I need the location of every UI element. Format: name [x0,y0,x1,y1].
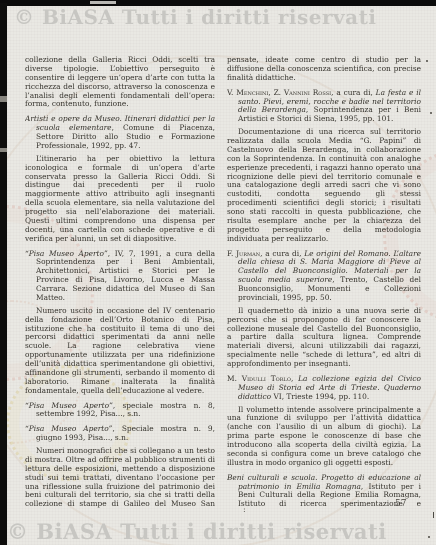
scanned-document-page: © BiASA Tutti i diritti riservati © BiAS… [0,0,436,545]
paragraph: L’itinerario ha per obiettivo la lettura… [25,155,215,244]
scan-edge-notch [0,96,7,102]
citation-authors: M. Vidulli Torlo [227,374,291,383]
citation: “Pisa Museo Aperto”, IV, 7, 1991, a cura… [25,250,215,303]
citation-connector: , a cura di, [331,88,376,97]
left-column: collezione della Galleria Ricci Oddi, sc… [25,56,215,508]
citation-title: “Pisa Museo Aperto” [25,249,108,258]
citation: V. Menchini, Z. Vannini Rossi, a cura di… [227,89,421,125]
paragraph: Il volumetto intende assolvere principal… [227,406,421,468]
citation-authors: F. Jurman [227,249,260,258]
scan-edge-top [0,0,436,6]
citation: “Pisa Museo Aperto”, speciale mostra n. … [25,402,215,420]
citation: Artisti e opere da Museo. Itinerari dida… [25,115,215,151]
copyright-watermark-top: © BiASA Tutti i diritti riservati [14,5,376,29]
scan-speckle [428,536,430,538]
scan-edge-notch [0,148,7,152]
scan-remnant [90,1,116,4]
citation: Beni culturali e scuola. Progetto di edu… [227,474,421,508]
citation-connector: , a cura di, [260,249,304,258]
paragraph: Numero uscito in occasione del IV centen… [25,307,215,396]
paragraph: pensate, ideate come centro di studio pe… [227,56,421,83]
copyright-watermark-bottom: © BiASA Tutti i diritti riservati [7,519,387,544]
citation-title: “Pisa Museo Aperto” [25,424,112,433]
scan-speckle: : [243,505,246,514]
citation: “Pisa Museo Aperto”, Speciale mostra n. … [25,425,215,443]
paragraph: Numeri monografici che si collegano a un… [25,447,215,508]
citation: F. Jurman, a cura di, Le origini del Rom… [227,250,421,303]
scan-edge-left [0,3,7,545]
citation-authors: V. Menchini, Z. Vannini Rossi [227,88,331,97]
citation: M. Vidulli Torlo, La collezione egizia d… [227,375,421,402]
citation-detail: , IV, 7, 1991, a cura della Soprintenden… [36,249,215,302]
scan-speckle [426,60,428,62]
right-column: pensate, ideate come centro di studio pe… [227,56,421,508]
paragraph: Documentazione di una ricerca sul territ… [227,128,421,243]
citation-title: “Pisa Museo Aperto” [25,401,113,410]
citation-detail: VI, Trieste 1994, pp. 110. [271,392,369,401]
paragraph: collezione della Galleria Ricci Oddi, sc… [25,56,215,109]
page-number: 57 [395,499,406,509]
scan-speckle [433,512,434,518]
scan-speckle [430,112,432,114]
paragraph: Il quadernetto dà inizio a una nuova ser… [227,307,421,369]
